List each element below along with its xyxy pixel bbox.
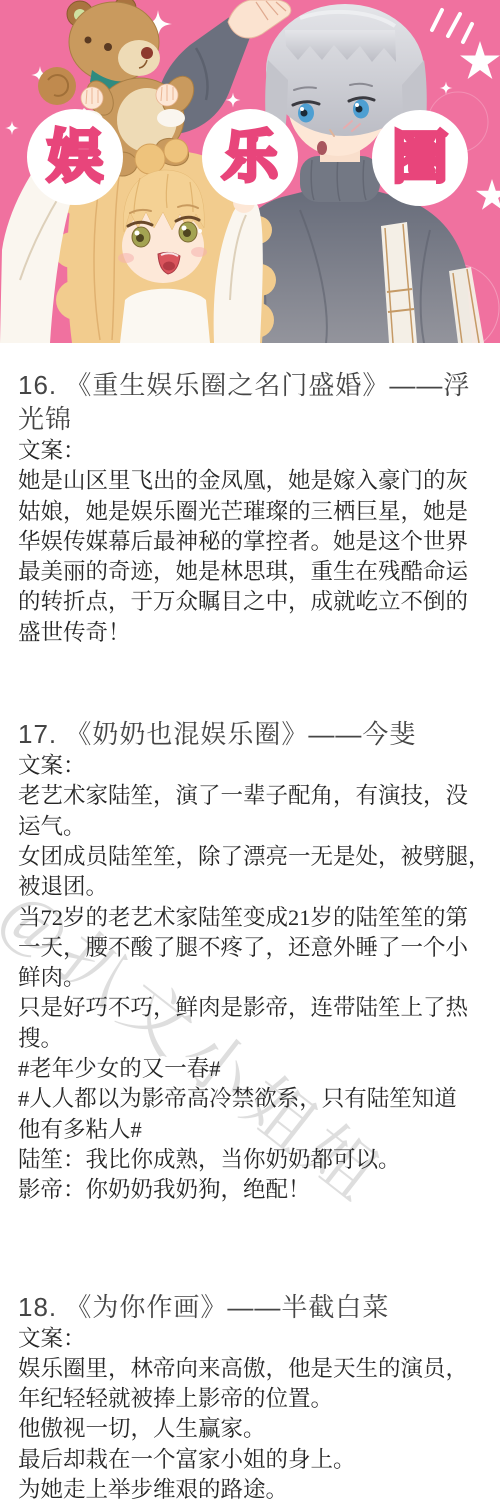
girl-blush-right <box>191 247 207 257</box>
hero-illustration: 娱 乐 圈 <box>0 0 500 343</box>
book-entry-18: 18. 《为你作画》——半截白菜 文案： 娱乐圈里，林帝向来高傲，他是天生的演员… <box>18 1290 494 1506</box>
book-title-16: 16. 《重生娱乐圈之名门盛婚》——浮光锦 <box>18 368 494 436</box>
badge-circle-le: 乐 <box>202 109 298 205</box>
synopsis-label-18: 文案： <box>18 1324 494 1354</box>
boy-mouth <box>317 141 327 155</box>
synopsis-text-18: 娱乐圈里，林帝向来高傲，他是天生的演员， 年纪轻轻就被捧上影帝的位置。 他傲视一… <box>18 1354 494 1505</box>
book-title-18: 18. 《为你作画》——半截白菜 <box>18 1290 494 1324</box>
synopsis-text-17: 老艺术家陆笙，演了一辈子配角，有演技，没 运气。 女团成员陆笙笙，除了漂亮一无是… <box>18 781 494 1205</box>
synopsis-label-17: 文案： <box>18 751 494 781</box>
book-title-17: 17. 《奶奶也混娱乐圈》——今斐 <box>18 717 494 751</box>
girl-blush-left <box>118 253 134 263</box>
page-root: 娱 乐 圈 @扒文小姐姐 16. 《重生娱乐圈之名门盛婚》——浮光锦 文案： 她… <box>0 0 500 1506</box>
badge-char-le: 乐 <box>222 129 278 185</box>
bear-nose <box>141 47 153 59</box>
girl-bun-left <box>135 144 165 174</box>
badge-char-quan: 圈 <box>392 130 448 186</box>
book-entry-16: 16. 《重生娱乐圈之名门盛婚》——浮光锦 文案： 她是山区里飞出的金凤凰，她是… <box>18 368 494 648</box>
girl-side-curl <box>38 67 76 105</box>
badge-circle-yu: 娱 <box>27 109 123 205</box>
synopsis-text-16: 她是山区里飞出的金凤凰，她是嫁入豪门的灰 姑娘，她是娱乐圈光芒璀璨的三栖巨星，她… <box>18 466 494 648</box>
content-area: @扒文小姐姐 16. 《重生娱乐圈之名门盛婚》——浮光锦 文案： 她是山区里飞出… <box>0 368 500 1505</box>
badge-circle-quan: 圈 <box>372 110 468 206</box>
synopsis-label-16: 文案： <box>18 436 494 466</box>
girl-bun-right <box>164 139 188 163</box>
badge-char-yu: 娱 <box>47 129 103 185</box>
bear-muzzle <box>118 40 160 76</box>
girl-chest <box>120 289 210 343</box>
book-entry-17: 17. 《奶奶也混娱乐圈》——今斐 文案： 老艺术家陆笙，演了一辈子配角，有演技… <box>18 717 494 1205</box>
